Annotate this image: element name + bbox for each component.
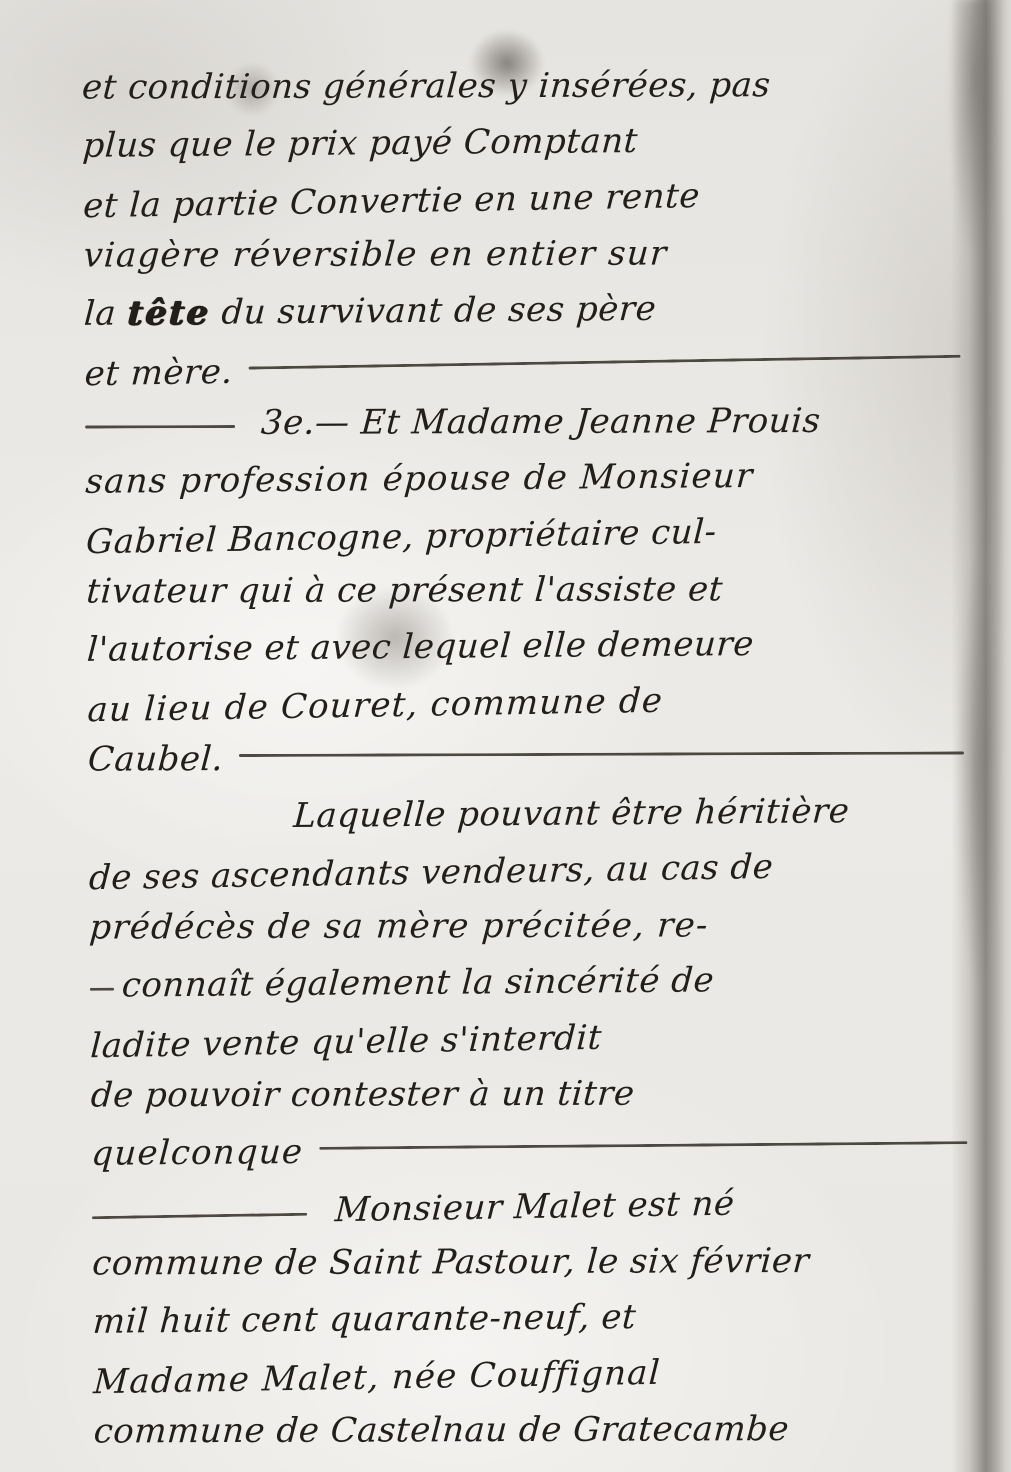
manuscript-line-text: Monsieur Malet est né xyxy=(334,1184,736,1231)
manuscript-line-text: de ses ascendants vendeurs, au cas de xyxy=(88,847,774,898)
manuscript-line-text: quelconque xyxy=(90,1132,304,1174)
manuscript-line-text: Gabriel Bancogne, propriétaire cul- xyxy=(85,512,718,562)
manuscript-line-text: commune de Saint Pastour, le six février xyxy=(91,1241,811,1284)
manuscript-line: commune de Castelnau de Gratecambe xyxy=(94,1400,972,1459)
manuscript-line-text: et la partie Convertie en une rente xyxy=(82,176,701,226)
manuscript-line: l'autorise et avec lequel elle demeure xyxy=(87,614,965,678)
manuscript-line-text: sans profession épouse de Monsieur xyxy=(84,456,754,502)
manuscript-line-text: et conditions générales y insérées, pas xyxy=(81,65,772,107)
manuscript-line: de pouvoir contester à un titre xyxy=(91,1064,969,1123)
manuscript-line: mil huit cent quarante-neuf, et xyxy=(93,1286,971,1350)
pen-dash xyxy=(90,987,114,990)
manuscript-line: au lieu de Couret, commune de xyxy=(87,668,966,739)
manuscript-line-text: la tête du survivant de ses père xyxy=(83,289,658,334)
manuscript-line-text: commune de Castelnau de Gratecambe xyxy=(93,1409,791,1451)
manuscript-line: Caubel. xyxy=(88,728,966,787)
manuscript-line: prédécès de sa mère précitée, re- xyxy=(89,896,967,955)
manuscript-line-text: ladite vente qu'elle s'interdit xyxy=(89,1018,602,1067)
manuscript-line: commune de Saint Pastour, le six février xyxy=(92,1232,970,1291)
manuscript-line: Madame Malet, née Couffignal xyxy=(93,1340,972,1411)
pen-rule xyxy=(249,354,961,369)
manuscript-line-text: Laquelle pouvant être héritière xyxy=(292,791,850,836)
manuscript-line: quelconque xyxy=(91,1118,969,1182)
manuscript-line: de ses ascendants vendeurs, au cas de xyxy=(89,836,968,907)
manuscript-line: Monsieur Malet est né xyxy=(92,1172,971,1243)
pen-rule xyxy=(239,751,964,757)
pen-rule xyxy=(319,1141,967,1150)
manuscript-line: viagère réversible en entier sur xyxy=(84,224,962,283)
manuscript-line: Laquelle pouvant être héritière xyxy=(88,782,966,846)
manuscript-text: et conditions générales y insérées, pasp… xyxy=(82,54,972,1462)
pen-dash xyxy=(85,425,235,429)
manuscript-line-text: 3e.— Et Madame Jeanne Prouis xyxy=(260,401,822,443)
manuscript-line-text: Madame Malet, née Couffignal xyxy=(92,1353,661,1402)
manuscript-line-text: Caubel. xyxy=(87,739,225,779)
manuscript-line-text: connaît également la sincérité de xyxy=(121,960,716,1005)
manuscript-line: tivateur qui à ce présent l'assiste et xyxy=(86,560,964,619)
manuscript-line-text: de pouvoir contester à un titre xyxy=(90,1074,636,1116)
overwritten-word: tête xyxy=(126,293,211,334)
manuscript-line-text: tivateur qui à ce présent l'assiste et xyxy=(85,569,724,611)
manuscript-line: 3e.— Et Madame Jeanne Prouis xyxy=(85,392,963,451)
manuscript-line-text: l'autorise et avec lequel elle demeure xyxy=(86,624,755,670)
manuscript-page: et conditions générales y insérées, pasp… xyxy=(0,0,1011,1472)
manuscript-line: ladite vente qu'elle s'interdit xyxy=(90,1004,969,1075)
manuscript-line: plus que le prix payé Comptant xyxy=(82,110,960,174)
manuscript-line: et conditions générales y insérées, pas xyxy=(82,56,960,115)
manuscript-line-text: mil huit cent quarante-neuf, et xyxy=(92,1297,638,1342)
manuscript-line: sans profession épouse de Monsieur xyxy=(85,446,963,510)
manuscript-line: la tête du survivant de ses père xyxy=(84,278,962,342)
manuscript-line: et mère. xyxy=(84,332,963,403)
manuscript-line: Gabriel Bancogne, propriétaire cul- xyxy=(86,500,965,571)
manuscript-line-text: plus que le prix payé Comptant xyxy=(81,121,639,166)
manuscript-line-text: au lieu de Couret, commune de xyxy=(87,681,665,731)
manuscript-line-text: viagère réversible en entier sur xyxy=(82,234,668,276)
manuscript-line-text: prédécès de sa mère précitée, re- xyxy=(88,905,710,947)
pen-dash xyxy=(92,1212,307,1219)
manuscript-line: connaît également la sincérité de xyxy=(90,950,968,1014)
manuscript-line-text: et mère. xyxy=(84,352,234,394)
manuscript-line: et la partie Convertie en une rente xyxy=(83,164,962,235)
